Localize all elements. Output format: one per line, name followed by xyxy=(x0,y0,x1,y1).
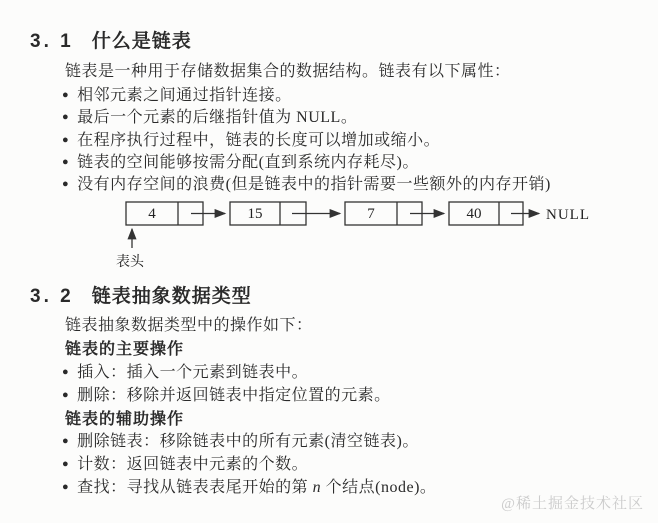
section-title: 什么是链表 xyxy=(92,31,192,52)
list-item: ●计数：返回链表中元素的个数。 xyxy=(62,451,308,474)
list-item: ●相邻元素之间通过指针连接。 xyxy=(62,82,292,105)
bullet-icon: ● xyxy=(62,366,69,378)
bullet-icon: ● xyxy=(62,458,69,470)
node-value: 4 xyxy=(148,206,156,222)
book-page: 3. 1什么是链表 链表是一种用于存储数据集合的数据结构。链表有以下属性： ●相… xyxy=(0,0,658,523)
linked-list-diagram: 4 15 7 40 NULL 表头 xyxy=(0,190,658,275)
section-number: 3. 2 xyxy=(30,286,74,307)
null-label: NULL xyxy=(546,207,590,223)
bullet-icon: ● xyxy=(62,156,69,168)
bullet-icon: ● xyxy=(62,178,69,190)
section-3-2-intro: 链表抽象数据类型中的操作如下： xyxy=(65,312,313,335)
main-operations-label: 链表的主要操作 xyxy=(65,336,184,359)
list-item: ●删除链表：移除链表中的所有元素(清空链表)。 xyxy=(62,428,419,451)
node-value: 15 xyxy=(248,206,263,222)
section-3-1-intro: 链表是一种用于存储数据集合的数据结构。链表有以下属性： xyxy=(65,58,511,81)
list-item-text: 计数：返回链表中元素的个数。 xyxy=(77,456,308,473)
bullet-icon: ● xyxy=(62,134,69,146)
list-item: ●插入：插入一个元素到链表中。 xyxy=(62,359,308,382)
auxiliary-operations-label: 链表的辅助操作 xyxy=(65,406,184,429)
list-item: ●最后一个元素的后继指针值为 NULL。 xyxy=(62,104,357,127)
node-value: 7 xyxy=(367,206,375,222)
list-item: ●链表的空间能够按需分配(直到系统内存耗尽)。 xyxy=(62,149,419,172)
list-item-text: 删除链表：移除链表中的所有元素(清空链表)。 xyxy=(77,433,419,450)
list-item: ●删除：移除并返回链表中指定位置的元素。 xyxy=(62,382,391,405)
watermark: @稀土掘金技术社区 xyxy=(501,492,644,513)
bullet-icon: ● xyxy=(62,111,69,123)
list-item-text-prefix: 查找：寻找从链表表尾开始的第 xyxy=(77,479,313,496)
list-item: ●查找：寻找从链表表尾开始的第 n 个结点(node)。 xyxy=(62,474,436,497)
math-var-n: n xyxy=(313,479,322,496)
list-item-text: 相邻元素之间通过指针连接。 xyxy=(77,87,292,104)
list-item-text: 在程序执行过程中，链表的长度可以增加或缩小。 xyxy=(77,132,440,149)
bullet-icon: ● xyxy=(62,481,69,493)
node-value: 40 xyxy=(467,206,482,222)
bullet-icon: ● xyxy=(62,89,69,101)
section-3-2-heading: 3. 2链表抽象数据类型 xyxy=(30,281,252,308)
bullet-icon: ● xyxy=(62,435,69,447)
list-item: ●在程序执行过程中，链表的长度可以增加或缩小。 xyxy=(62,127,440,150)
list-item-text: 最后一个元素的后继指针值为 NULL。 xyxy=(77,109,357,126)
list-item-text: 插入：插入一个元素到链表中。 xyxy=(77,364,308,381)
list-item-text: 删除：移除并返回链表中指定位置的元素。 xyxy=(77,387,391,404)
list-item-text: 链表的空间能够按需分配(直到系统内存耗尽)。 xyxy=(77,154,419,171)
head-label: 表头 xyxy=(116,253,145,270)
section-number: 3. 1 xyxy=(30,31,74,52)
bullet-icon: ● xyxy=(62,389,69,401)
section-title: 链表抽象数据类型 xyxy=(92,286,252,307)
list-item-text-suffix: 个结点(node)。 xyxy=(321,479,436,496)
section-3-1-heading: 3. 1什么是链表 xyxy=(30,26,192,53)
